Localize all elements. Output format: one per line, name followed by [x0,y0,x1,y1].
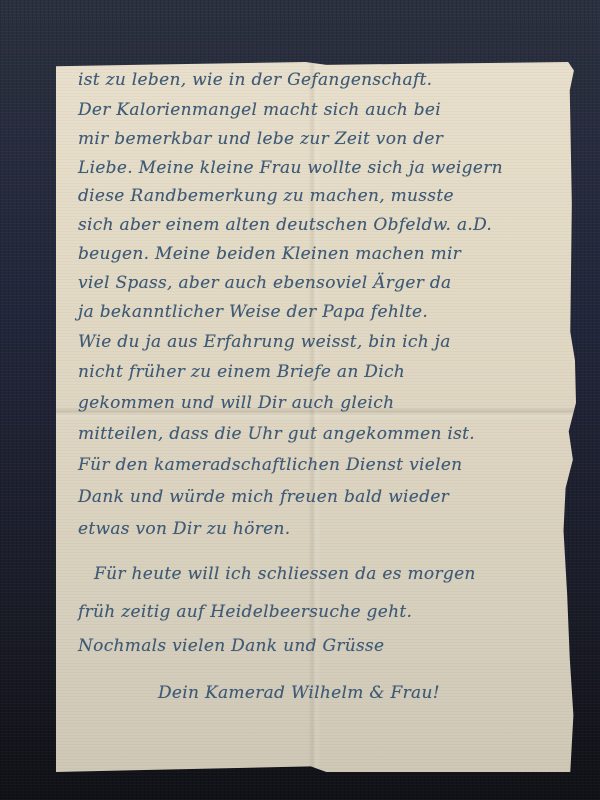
letter-line-4: Liebe. Meine kleine Frau wollte sich ja … [78,158,503,178]
letter-line-10: Wie du ja aus Erfahrung weisst, bin ich … [78,332,451,352]
letter-signature: Dein Kamerad Wilhelm & Frau! [158,683,440,703]
letter-line-11: nicht früher zu einem Briefe an Dich [78,362,405,382]
letter-line-16: etwas von Dir zu hören. [78,519,290,539]
letter-line-7: beugen. Meine beiden Kleinen machen mir [78,244,461,264]
letter-line-6: sich aber einem alten deutschen Obfeldw.… [78,215,492,235]
letter-line-17: Für heute will ich schliessen da es morg… [94,564,476,584]
letter-line-14: Für den kameradschaftlichen Dienst viele… [78,455,462,475]
letter-line-19: Nochmals vielen Dank und Grüsse [78,636,384,656]
letter-line-5: diese Randbemerkung zu machen, musste [78,186,454,206]
letter-line-8: viel Spass, aber auch ebensoviel Ärger d… [78,273,451,293]
letter-line-15: Dank und würde mich freuen bald wieder [78,487,449,507]
letter-line-13: mitteilen, dass die Uhr gut angekommen i… [78,424,475,444]
letter-line-18: früh zeitig auf Heidelbeersuche geht. [78,602,412,622]
letter-line-3: mir bemerkbar und lebe zur Zeit von der [78,129,443,149]
letter-line-1: ist zu leben, wie in der Gefangenschaft. [78,70,432,90]
letter-line-2: Der Kalorienmangel macht sich auch bei [78,100,441,120]
letter-line-9: ja bekanntlicher Weise der Papa fehlte. [78,302,428,322]
letter-paper: ist zu leben, wie in der Gefangenschaft.… [56,62,576,772]
letter-line-12: gekommen und will Dir auch gleich [78,393,394,413]
